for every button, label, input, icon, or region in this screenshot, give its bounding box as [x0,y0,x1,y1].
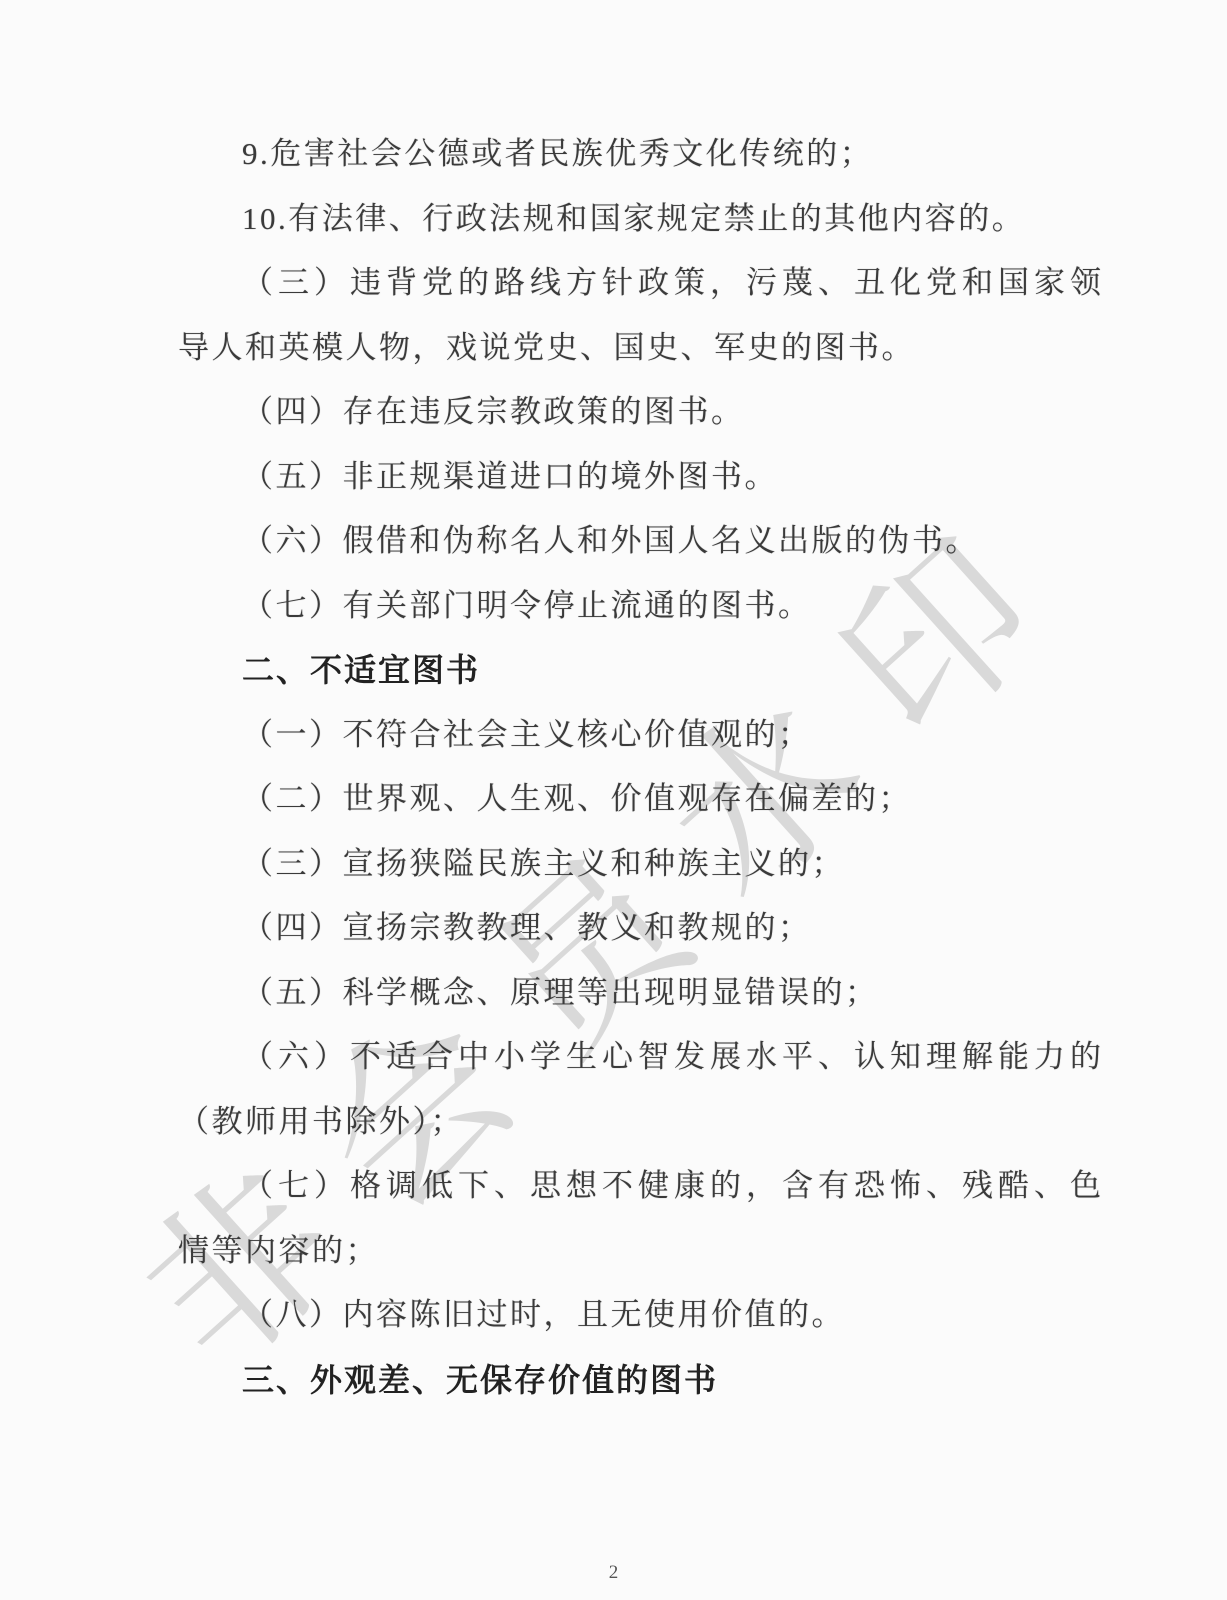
scanned-document-page: 非会员水印 9.危害社会公德或者民族优秀文化传统的； 10.有法律、行政法规和国… [0,0,1227,1600]
page-number: 2 [0,1562,1227,1584]
list-item-10: 10.有法律、行政法规和国家规定禁止的其他内容的。 [178,187,1053,252]
list-item-7: （七）有关部门明令停止流通的图书。 [178,574,1053,639]
section2-item-1: （一）不符合社会主义核心价值观的； [178,703,1053,768]
list-item-5: （五）非正规渠道进口的境外图书。 [178,445,1053,510]
section-heading-3: 三、外观差、无保存价值的图书 [178,1348,1053,1413]
section2-item-2: （二）世界观、人生观、价值观存在偏差的； [178,767,1053,832]
list-item-3-line-1: （三）违背党的路线方针政策，污蔑、丑化党和国家领 [178,251,1053,316]
section2-item-3: （三）宣扬狭隘民族主义和种族主义的； [178,832,1053,897]
section2-item-7-line-1: （七）格调低下、思想不健康的，含有恐怖、残酷、色 [178,1154,1053,1219]
section2-item-5: （五）科学概念、原理等出现明显错误的； [178,961,1053,1026]
list-item-4: （四）存在违反宗教政策的图书。 [178,380,1053,445]
list-item-9: 9.危害社会公德或者民族优秀文化传统的； [178,122,1053,187]
section-heading-2: 二、不适宜图书 [178,638,1053,703]
section2-item-7-line-2: 情等内容的； [178,1219,1053,1284]
document-body: 9.危害社会公德或者民族优秀文化传统的； 10.有法律、行政法规和国家规定禁止的… [178,122,1053,1412]
section2-item-4: （四）宣扬宗教教理、教义和教规的； [178,896,1053,961]
list-item-3-line-2: 导人和英模人物，戏说党史、国史、军史的图书。 [178,316,1053,381]
section2-item-8: （八）内容陈旧过时，且无使用价值的。 [178,1283,1053,1348]
section2-item-6-line-1: （六）不适合中小学生心智发展水平、认知理解能力的 [178,1025,1053,1090]
list-item-6: （六）假借和伪称名人和外国人名义出版的伪书。 [178,509,1053,574]
section2-item-6-line-2: （教师用书除外）； [178,1090,1053,1155]
